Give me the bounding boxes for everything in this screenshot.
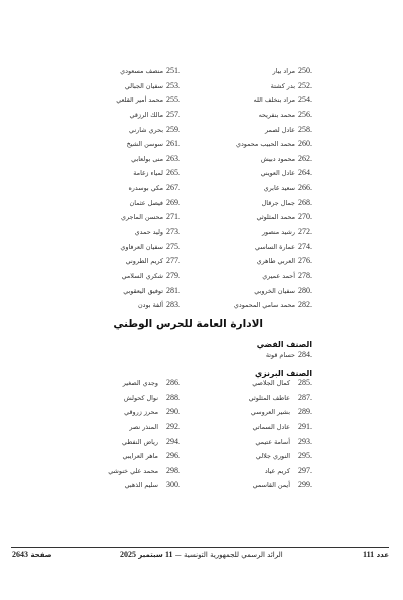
item-name: عادل لصمر bbox=[265, 123, 295, 138]
list-item: 259.بحري شارني bbox=[116, 123, 180, 138]
list-item: 273.وليد حمدي bbox=[116, 225, 180, 240]
item-number: 257. bbox=[166, 108, 180, 123]
item-name: عادل السماتي bbox=[253, 420, 290, 435]
list-item: 294.رياض النفطي bbox=[108, 435, 180, 450]
item-number: 252. bbox=[298, 79, 312, 94]
item-number: 291. bbox=[298, 420, 312, 435]
item-number: 276. bbox=[298, 254, 312, 269]
item-name: رياض النفطي bbox=[122, 435, 158, 450]
date-day: 11 bbox=[165, 550, 173, 559]
item-name: مراد بنخلف الله bbox=[254, 93, 295, 108]
list-item: 282.محمد سامي المحمودي bbox=[234, 298, 312, 313]
item-number: 267. bbox=[166, 181, 180, 196]
date-year: 2025 bbox=[120, 550, 136, 559]
page-label: صفحة bbox=[30, 551, 51, 559]
item-name: بدر كشتة bbox=[271, 79, 295, 94]
item-name: أحمد عميري bbox=[262, 269, 295, 284]
list-right-column-1: 250.مراد بيار252.بدر كشتة254.مراد بنخلف … bbox=[234, 64, 312, 313]
list-item: 297.كريم عياد bbox=[249, 464, 312, 479]
list-item: 272.رشيد منصور bbox=[234, 225, 312, 240]
item-name: ماهر العرايبي bbox=[123, 449, 158, 464]
item-number: 268. bbox=[298, 196, 312, 211]
item-number: 270. bbox=[298, 210, 312, 225]
item-number: 262. bbox=[298, 152, 312, 167]
item-number: 286. bbox=[166, 376, 180, 391]
list-item: 293.أسامة عتيمي bbox=[249, 435, 312, 450]
item-number: 271. bbox=[166, 210, 180, 225]
item-number: 289. bbox=[298, 405, 312, 420]
item-name: بشير العروسي bbox=[251, 405, 290, 420]
list-item: 258.عادل لصمر bbox=[234, 123, 312, 138]
list-item: 285.كمال الجلاصي bbox=[249, 376, 312, 391]
item-number: 273. bbox=[166, 225, 180, 240]
item-name: وليد حمدي bbox=[135, 225, 163, 240]
section-heading-national-guard: الادارة العامة للحرس الوطني bbox=[113, 318, 263, 330]
list-left-column-bronze: 286.وجدي الصغير288.نوال كحولش290.محرز زر… bbox=[108, 376, 180, 493]
item-name: جمال جرقال bbox=[262, 196, 295, 211]
item-name: أيمن القاسمي bbox=[253, 478, 290, 493]
item-number: 282. bbox=[298, 298, 312, 313]
item-name: حسام قوتة bbox=[266, 348, 295, 363]
list-item: 280.سفيان الخروبي bbox=[234, 284, 312, 299]
journal-title: الرائد الرسمي للجمهورية التونسية — bbox=[175, 551, 283, 559]
item-number: 297. bbox=[298, 464, 312, 479]
item-name: عمارة الساسي bbox=[255, 240, 295, 255]
item-number: 260. bbox=[298, 137, 312, 152]
list-item: 263.منى بولعابي bbox=[116, 152, 180, 167]
item-number: 293. bbox=[298, 435, 312, 450]
item-number: 284. bbox=[298, 348, 312, 363]
item-number: 292. bbox=[166, 420, 180, 435]
list-item: 269.فيصل عثمان bbox=[116, 196, 180, 211]
item-number: 251. bbox=[166, 64, 180, 79]
item-number: 279. bbox=[166, 269, 180, 284]
item-name: محمد المثلوثي bbox=[257, 210, 296, 225]
list-item: 261.سوسن الشيخ bbox=[116, 137, 180, 152]
item-name: سوسن الشيخ bbox=[127, 137, 163, 152]
item-name: مكي بوسدره bbox=[128, 181, 163, 196]
list-item: 252.بدر كشتة bbox=[234, 79, 312, 94]
item-number: 299. bbox=[298, 478, 312, 493]
item-name: محمود دبيش bbox=[261, 152, 295, 167]
list-item: 277.كريم الطروني bbox=[116, 254, 180, 269]
item-number: 250. bbox=[298, 64, 312, 79]
list-item: 289.بشير العروسي bbox=[249, 405, 312, 420]
item-number: 290. bbox=[166, 405, 180, 420]
list-item: 279.شكري السلامي bbox=[116, 269, 180, 284]
item-name: محسن الماجري bbox=[121, 210, 163, 225]
list-item: 298.محمد علي خنوشي bbox=[108, 464, 180, 479]
item-name: العربي طاهري bbox=[257, 254, 295, 269]
list-item: 271.محسن الماجري bbox=[116, 210, 180, 225]
item-number: 263. bbox=[166, 152, 180, 167]
item-name: سفيان الجبالي bbox=[125, 79, 163, 94]
footer-issue: عدد 111 bbox=[363, 550, 389, 559]
item-name: منى بولعابي bbox=[131, 152, 163, 167]
list-item: 275.سفيان العرفاوي bbox=[116, 240, 180, 255]
item-name: بحري شارني bbox=[129, 123, 163, 138]
item-name: سعيد غابري bbox=[264, 181, 295, 196]
item-name: نوال كحولش bbox=[124, 391, 158, 406]
list-item: 267.مكي بوسدره bbox=[116, 181, 180, 196]
item-name: محمد الحبيب محمودي bbox=[236, 137, 295, 152]
item-number: 254. bbox=[298, 93, 312, 108]
list-item: 287.عاطف المثلوثي bbox=[249, 391, 312, 406]
item-number: 294. bbox=[166, 435, 180, 450]
item-number: 264. bbox=[298, 166, 312, 181]
item-number: 278. bbox=[298, 269, 312, 284]
list-item: 295.النوري جلالي bbox=[249, 449, 312, 464]
item-number: 266. bbox=[298, 181, 312, 196]
list-item: 266.سعيد غابري bbox=[234, 181, 312, 196]
item-name: محمد علي خنوشي bbox=[108, 464, 158, 479]
list-item: 262.محمود دبيش bbox=[234, 152, 312, 167]
list-item: 290.محرز زروقي bbox=[108, 405, 180, 420]
list-item: 270.محمد المثلوثي bbox=[234, 210, 312, 225]
item-name: أسامة عتيمي bbox=[255, 435, 290, 450]
item-number: 280. bbox=[298, 284, 312, 299]
item-name: سليم الذهبي bbox=[125, 478, 158, 493]
list-item: 278.أحمد عميري bbox=[234, 269, 312, 284]
item-number: 296. bbox=[166, 449, 180, 464]
list-item: 260.محمد الحبيب محمودي bbox=[234, 137, 312, 152]
item-name: محرز زروقي bbox=[124, 405, 158, 420]
list-item: 284.حسام قوتة bbox=[266, 348, 312, 363]
item-number: 259. bbox=[166, 123, 180, 138]
item-number: 255. bbox=[166, 93, 180, 108]
item-name: مالك الرزقي bbox=[130, 108, 163, 123]
item-name: عاطف المثلوثي bbox=[249, 391, 290, 406]
item-name: محمد سامي المحمودي bbox=[234, 298, 295, 313]
date-month: سبتمبر bbox=[138, 551, 163, 559]
list-item: 250.مراد بيار bbox=[234, 64, 312, 79]
item-number: 281. bbox=[166, 284, 180, 299]
list-item: 253.سفيان الجبالي bbox=[116, 79, 180, 94]
item-number: 253. bbox=[166, 79, 180, 94]
item-number: 287. bbox=[298, 391, 312, 406]
item-number: 258. bbox=[298, 123, 312, 138]
list-item: 265.لمياء زغامة bbox=[116, 166, 180, 181]
item-name: ألفة بودن bbox=[138, 298, 163, 313]
list-item: 276.العربي طاهري bbox=[234, 254, 312, 269]
list-item: 257.مالك الرزقي bbox=[116, 108, 180, 123]
list-item: 281.توفيق اليعقوبي bbox=[116, 284, 180, 299]
item-name: فيصل عثمان bbox=[130, 196, 163, 211]
item-name: سفيان الخروبي bbox=[254, 284, 295, 299]
item-number: 288. bbox=[166, 391, 180, 406]
item-number: 277. bbox=[166, 254, 180, 269]
item-number: 298. bbox=[166, 464, 180, 479]
item-number: 283. bbox=[166, 298, 180, 313]
list-item: 292.المنذر نصر bbox=[108, 420, 180, 435]
item-name: النوري جلالي bbox=[256, 449, 290, 464]
item-number: 261. bbox=[166, 137, 180, 152]
item-name: لمياء زغامة bbox=[133, 166, 163, 181]
page-number: 2643 bbox=[12, 550, 28, 559]
footer-page: صفحة 2643 bbox=[12, 550, 52, 559]
list-item: 296.ماهر العرايبي bbox=[108, 449, 180, 464]
item-name: شكري السلامي bbox=[122, 269, 163, 284]
footer-divider bbox=[11, 547, 389, 548]
item-name: محمد بنفريحه bbox=[259, 108, 295, 123]
item-number: 265. bbox=[166, 166, 180, 181]
item-number: 256. bbox=[298, 108, 312, 123]
issue-number: 111 bbox=[363, 550, 374, 559]
list-item: 300.سليم الذهبي bbox=[108, 478, 180, 493]
list-item: 274.عمارة الساسي bbox=[234, 240, 312, 255]
item-number: 295. bbox=[298, 449, 312, 464]
item-name: وجدي الصغير bbox=[123, 376, 158, 391]
list-item: 283.ألفة بودن bbox=[116, 298, 180, 313]
item-name: كمال الجلاصي bbox=[252, 376, 290, 391]
list-item: 251.منصف مسعودي bbox=[116, 64, 180, 79]
item-name: مراد بيار bbox=[273, 64, 295, 79]
item-name: توفيق اليعقوبي bbox=[123, 284, 163, 299]
list-item: 299.أيمن القاسمي bbox=[249, 478, 312, 493]
list-item: 268.جمال جرقال bbox=[234, 196, 312, 211]
item-number: 269. bbox=[166, 196, 180, 211]
list-item: 291.عادل السماتي bbox=[249, 420, 312, 435]
item-name: كريم عياد bbox=[265, 464, 290, 479]
item-name: عادل العويني bbox=[261, 166, 295, 181]
item-number: 275. bbox=[166, 240, 180, 255]
item-name: المنذر نصر bbox=[129, 420, 158, 435]
item-name: سفيان العرفاوي bbox=[120, 240, 163, 255]
item-name: كريم الطروني bbox=[126, 254, 163, 269]
list-right-column-bronze: 285.كمال الجلاصي287.عاطف المثلوثي289.بشي… bbox=[249, 376, 312, 493]
list-left-column-1: 251.منصف مسعودي253.سفيان الجبالي255.محمد… bbox=[116, 64, 180, 313]
item-number: 274. bbox=[298, 240, 312, 255]
list-silver: 284.حسام قوتة bbox=[266, 348, 312, 363]
footer-journal-date: الرائد الرسمي للجمهورية التونسية — 11 سب… bbox=[120, 550, 283, 559]
issue-label: عدد bbox=[377, 551, 389, 559]
list-item: 264.عادل العويني bbox=[234, 166, 312, 181]
list-item: 288.نوال كحولش bbox=[108, 391, 180, 406]
list-item: 256.محمد بنفريحه bbox=[234, 108, 312, 123]
item-number: 300. bbox=[166, 478, 180, 493]
list-item: 254.مراد بنخلف الله bbox=[234, 93, 312, 108]
list-item: 286.وجدي الصغير bbox=[108, 376, 180, 391]
item-name: منصف مسعودي bbox=[120, 64, 163, 79]
item-number: 272. bbox=[298, 225, 312, 240]
item-name: رشيد منصور bbox=[262, 225, 295, 240]
item-name: محمد أمير القلعي bbox=[116, 93, 163, 108]
list-item: 255.محمد أمير القلعي bbox=[116, 93, 180, 108]
item-number: 285. bbox=[298, 376, 312, 391]
